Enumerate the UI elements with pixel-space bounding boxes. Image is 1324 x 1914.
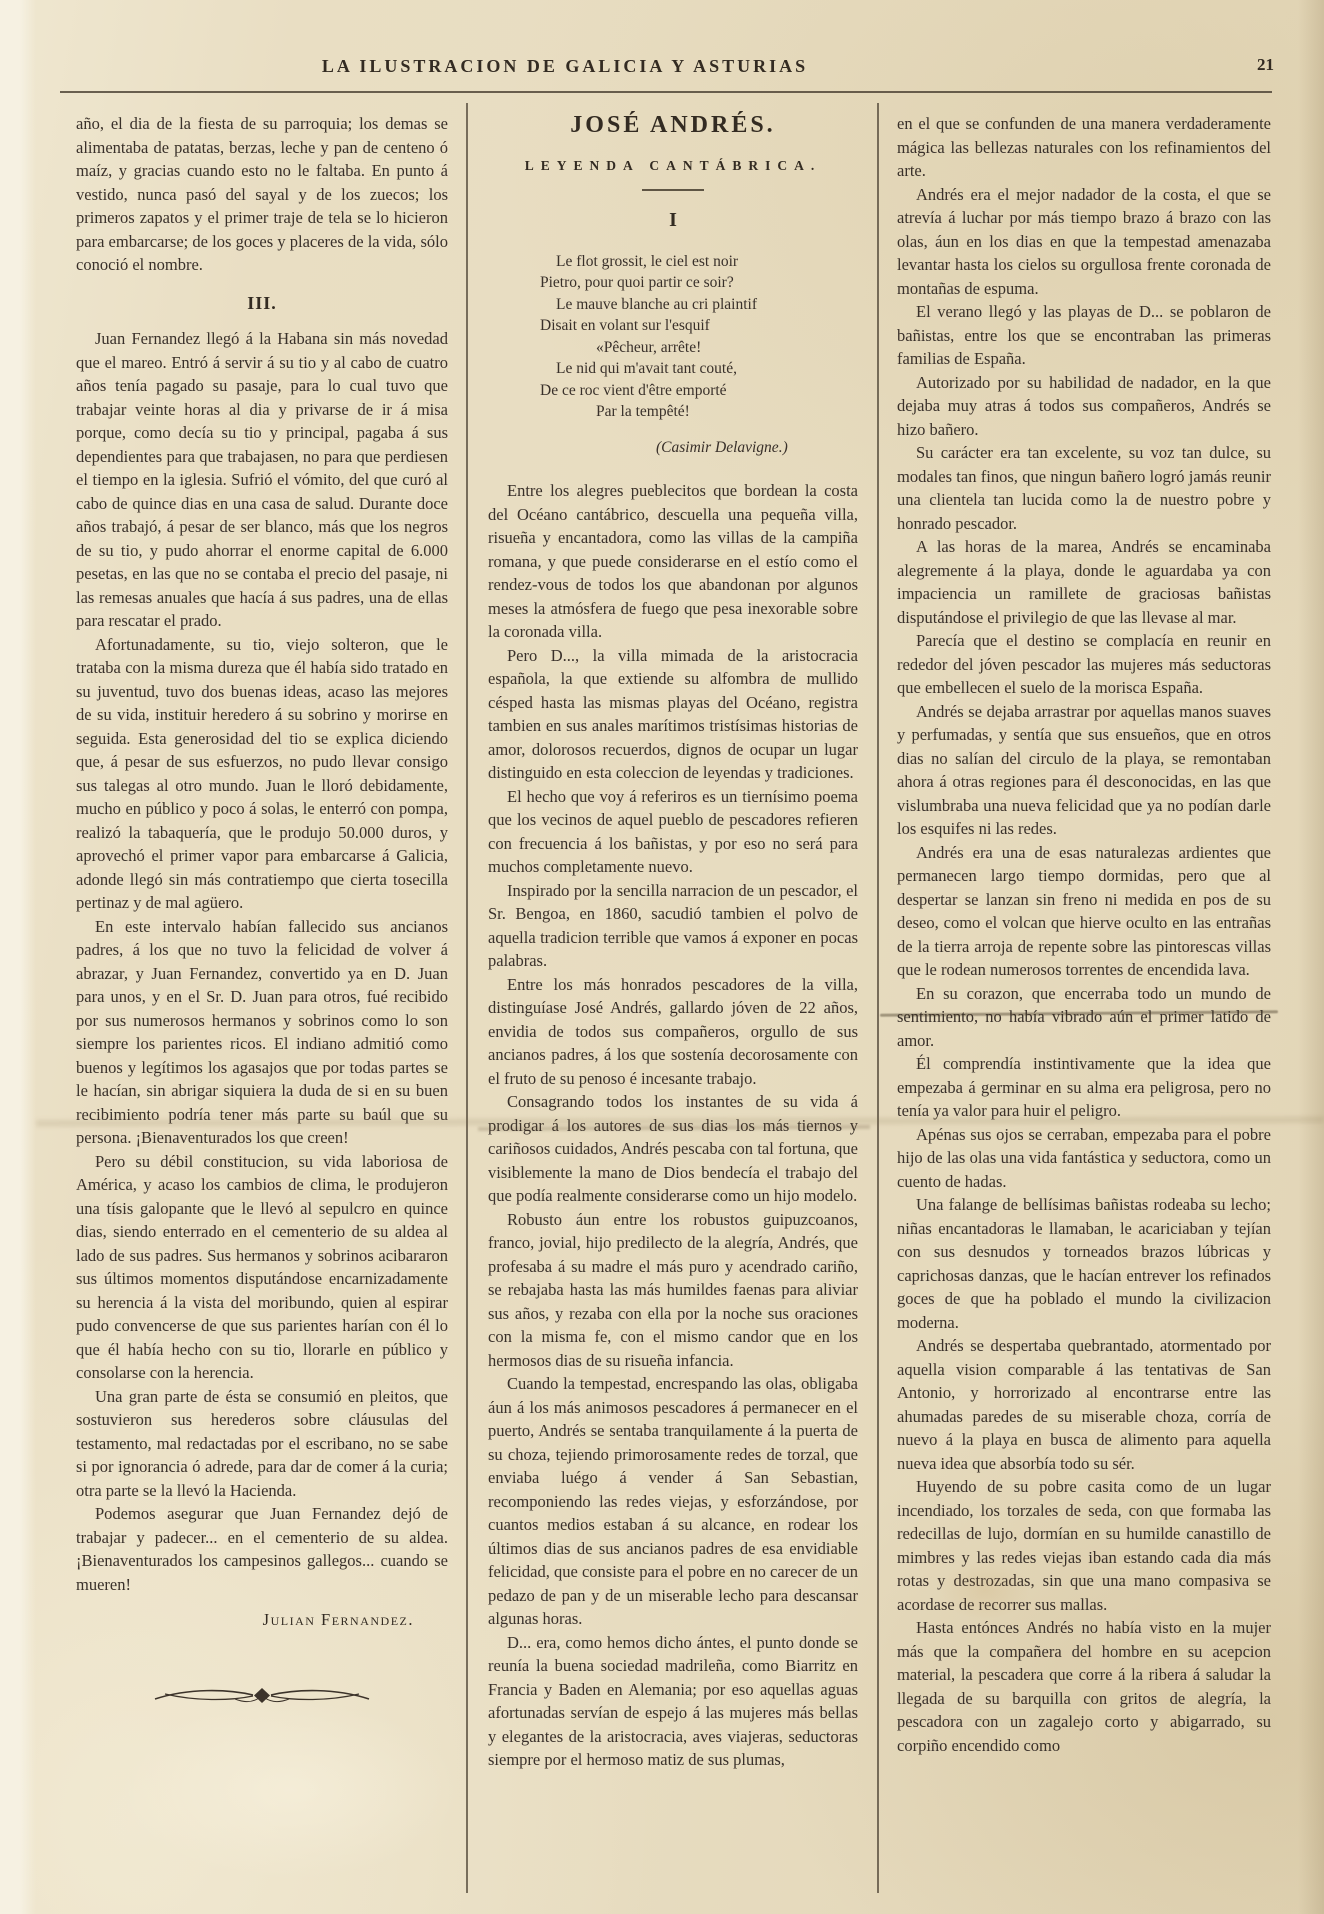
paragraph: Inspirado por la sencilla narracion de u… (488, 879, 858, 973)
paragraph: Apénas sus ojos se cerraban, empezaba pa… (897, 1123, 1271, 1194)
paragraph: Pero su débil constitucion, su vida labo… (76, 1150, 448, 1385)
poem-line: Le flot grossit, le ciel est noir (556, 251, 858, 273)
paragraph: Juan Fernandez llegó á la Habana sin más… (76, 327, 448, 633)
paragraph: A las horas de la marea, Andrés se encam… (897, 535, 1271, 629)
poem-line: Le nid qui m'avait tant couté, (556, 358, 858, 380)
column-2: JOSÉ ANDRÉS. LEYENDA CANTÁBRICA. I Le fl… (488, 112, 858, 1772)
poem-line: Par la tempêté! (596, 401, 858, 423)
paragraph: Parecía que el destino se complacía en r… (897, 629, 1271, 700)
poem-attribution: (Casimir Delavigne.) (488, 436, 858, 460)
paragraph: Él comprendía instintivamente que la ide… (897, 1052, 1271, 1123)
column-rule-2 (877, 103, 879, 1893)
paragraph: El verano llegó y las playas de D... se … (897, 300, 1271, 371)
paragraph: Huyendo de su pobre casita como de un lu… (897, 1475, 1271, 1616)
paragraph: en el que se confunden de una manera ver… (897, 112, 1271, 183)
title-divider (642, 189, 704, 191)
page-number: 21 (1257, 55, 1274, 75)
page-edge-shadow (1298, 0, 1324, 1914)
paragraph: Andrés se despertaba quebrantado, atorme… (897, 1334, 1271, 1475)
poem-line: Pietro, pour quoi partir ce soir? (540, 272, 858, 294)
paragraph: Entre los alegres pueblecitos que bordea… (488, 479, 858, 644)
paragraph: Entre los más honrados pescadores de la … (488, 973, 858, 1091)
section-heading-iii: III. (76, 292, 448, 316)
paragraph: Una gran parte de ésta se consumió en pl… (76, 1385, 448, 1503)
paragraph: Hasta entónces Andrés no había visto en … (897, 1616, 1271, 1757)
paragraph: En su corazon, que encerraba todo un mun… (897, 982, 1271, 1053)
poem-line: «Pêcheur, arrête! (596, 337, 858, 359)
paragraph: D... era, como hemos dicho ántes, el pun… (488, 1631, 858, 1772)
article-subtitle: LEYENDA CANTÁBRICA. (488, 154, 858, 178)
column-3: en el que se confunden de una manera ver… (897, 112, 1271, 1757)
scan-edge (0, 0, 36, 1914)
paragraph: En este intervalo habían fallecido sus a… (76, 915, 448, 1150)
paragraph: Una falange de bellísimas bañistas rodea… (897, 1193, 1271, 1334)
paragraph: Andrés era una de esas naturalezas ardie… (897, 841, 1271, 982)
column-1: año, el dia de la fiesta de su parroquia… (76, 112, 448, 1712)
paragraph: Robusto áun entre los robustos guipuzcoa… (488, 1208, 858, 1373)
paragraph: Andrés se dejaba arrastrar por aquellas … (897, 700, 1271, 841)
paragraph: Andrés era el mejor nadador de la costa,… (897, 183, 1271, 301)
epigraph-poem: Le flot grossit, le ciel est noir Pietro… (488, 251, 858, 423)
poem-line: Disait en volant sur l'esquif (540, 315, 858, 337)
poem-line: Le mauve blanche au cri plaintif (556, 294, 858, 316)
newspaper-page: { "header": { "journal_title": "LA ILUST… (0, 0, 1324, 1914)
article-title: JOSÉ ANDRÉS. (488, 114, 858, 138)
paper-stain (120, 1700, 460, 1880)
section-number: I (488, 209, 858, 233)
header-rule (60, 91, 1272, 93)
flourish-ornament-icon (149, 1678, 375, 1712)
paragraph: El hecho que voy á referiros es un tiern… (488, 785, 858, 879)
poem-line: De ce roc vient d'être emporté (540, 380, 858, 402)
column-rule-1 (466, 103, 468, 1893)
paragraph: año, el dia de la fiesta de su parroquia… (76, 112, 448, 277)
paragraph: Afortunadamente, su tio, viejo solteron,… (76, 633, 448, 915)
paragraph: Pero D..., la villa mimada de la aristoc… (488, 644, 858, 785)
paragraph: Autorizado por su habilidad de nadador, … (897, 371, 1271, 442)
paragraph: Cuando la tempestad, encrespando las ola… (488, 1372, 858, 1631)
author-signature: Julian Fernandez. (76, 1608, 448, 1632)
journal-title: LA ILUSTRACION DE GALICIA Y ASTURIAS (60, 56, 1070, 77)
paragraph: Su carácter era tan excelente, su voz ta… (897, 441, 1271, 535)
paragraph: Consagrando todos los instantes de su vi… (488, 1090, 858, 1208)
paragraph: Podemos asegurar que Juan Fernandez dejó… (76, 1502, 448, 1596)
